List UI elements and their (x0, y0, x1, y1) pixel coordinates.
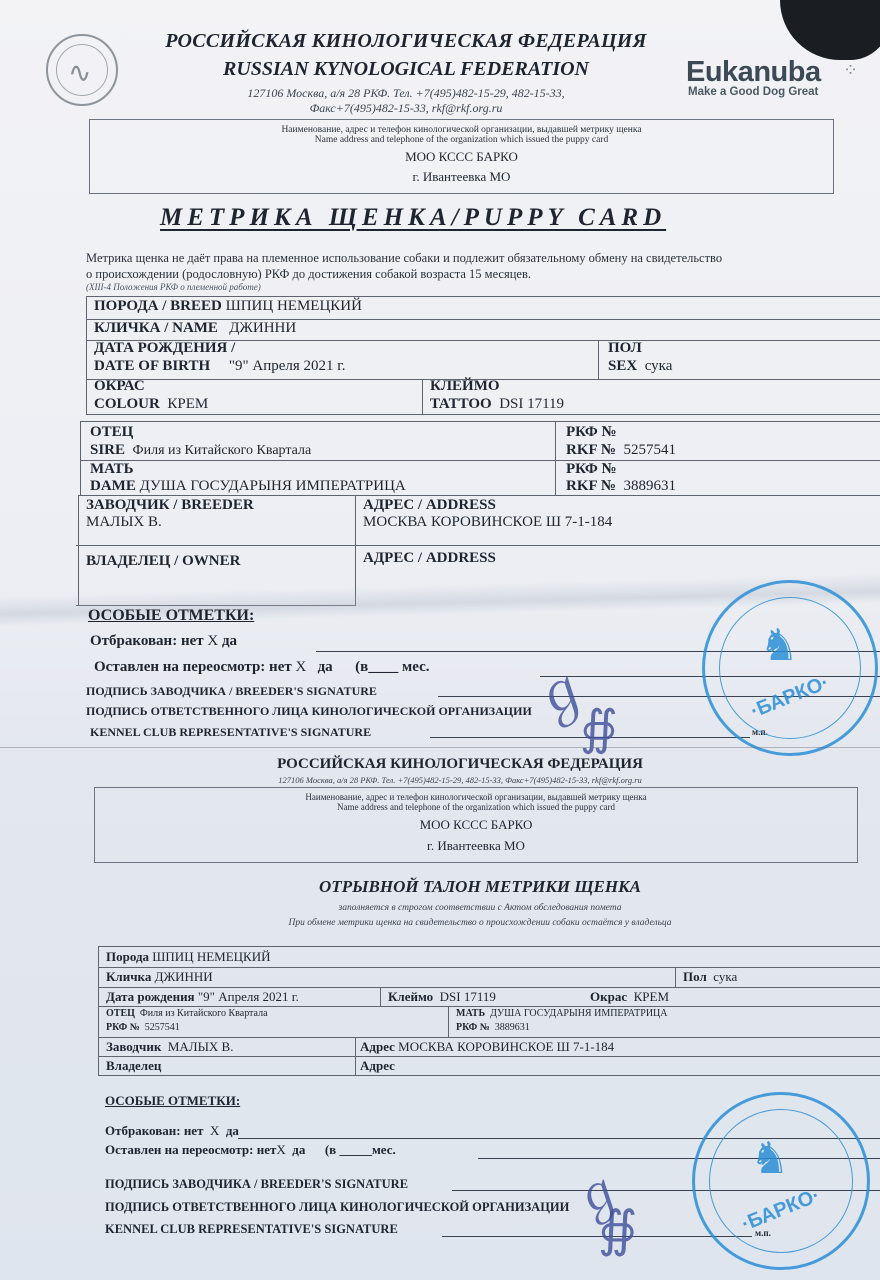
tattoo-label-ru: КЛЕЙМО (430, 378, 500, 395)
stub-breed-value: ШПИЦ НЕМЕЦКИЙ (152, 949, 270, 964)
dam-rkf-label-ru: РКФ № (566, 461, 617, 478)
stub-sex-field: Пол сука (683, 969, 737, 985)
intro-text: Метрика щенка не даёт права на племенное… (86, 250, 880, 282)
stub-club-stamp: ♞ ·БАРКО· (692, 1092, 870, 1270)
sex-field: SEX сука (608, 358, 672, 375)
stub-sire-rkf-field: РКФ № 5257541 (106, 1022, 180, 1033)
stub-breeder-signature-label: ПОДПИСЬ ЗАВОДЧИКА / BREEDER'S SIGNATURE (105, 1177, 408, 1192)
org-name-ru: РОССИЙСКАЯ КИНОЛОГИЧЕСКАЯ ФЕДЕРАЦИЯ (146, 30, 666, 53)
rep-signature-label-en: KENNEL CLUB REPRESENTATIVE'S SIGNATURE (90, 725, 371, 740)
dam-label-ru: МАТЬ (90, 461, 134, 478)
stub-owner-address-label: Адрес (360, 1058, 395, 1074)
stub-dob-value: "9" Апреля 2021 г. (198, 989, 299, 1004)
special-marks-title: ОСОБЫЕ ОТМЕТКИ: (88, 607, 254, 625)
colour-field: COLOUR КРЕМ (94, 396, 208, 413)
stub-issuer-box: Наименование, адрес и телефон кинологиче… (94, 787, 858, 863)
dob-value: "9" Апреля 2021 г. (229, 358, 346, 374)
stub-tattoo-field: Клеймо DSI 17119 (388, 989, 496, 1005)
name-field: КЛИЧКА / NAME ДЖИННИ (94, 320, 296, 337)
sex-value: сука (645, 358, 673, 374)
breed-value: ШПИЦ НЕМЕЦКИЙ (226, 298, 362, 314)
stub-breed-field: Порода ШПИЦ НЕМЕЦКИЙ (106, 949, 271, 965)
dob-field: DATE OF BIRTH "9" Апреля 2021 г. (94, 358, 346, 375)
stub-breeder-address-field: Адрес МОСКВА КОРОВИНСКОЕ Ш 7-1-184 (360, 1039, 614, 1055)
dam-rkf-value: 3889631 (623, 478, 676, 494)
org-address-line2: Факс+7(495)482-15-33, rkf@rkf.org.ru (146, 101, 666, 116)
stub-dob-field: Дата рождения "9" Апреля 2021 г. (106, 989, 299, 1005)
intro-line2: о происхождении (родословную) РКФ до дос… (86, 266, 880, 282)
stub-review-field: Оставлен на переосмотр: нетX да (в _____… (105, 1142, 396, 1158)
issuer-box: Наименование, адрес и телефон кинологиче… (89, 119, 834, 194)
tattoo-value: DSI 17119 (499, 396, 564, 412)
stub-sire-value: Филя из Китайского Квартала (140, 1008, 268, 1019)
stub-issuer-label-ru: Наименование, адрес и телефон кинологиче… (95, 792, 857, 802)
issuer-city: г. Ивантеевка МО (90, 169, 833, 185)
org-name-en: RUSSIAN KYNOLOGICAL FEDERATION (146, 58, 666, 81)
stub-name-value: ДЖИННИ (155, 969, 213, 984)
stub-colour-value: КРЕМ (634, 989, 669, 1004)
stub-tattoo-value: DSI 17119 (440, 989, 496, 1004)
breeder-value: МАЛЫХ В. (86, 514, 162, 531)
paw-icon: ⁘ (843, 60, 858, 81)
name-value: ДЖИННИ (229, 320, 296, 336)
stub-subtitle-1: заполняется в строгом соответствии с Акт… (170, 903, 790, 913)
sponsor-tagline: Make a Good Dog Great (688, 86, 818, 98)
breed-field: ПОРОДА / BREED ШПИЦ НЕМЕЦКИЙ (94, 298, 362, 315)
stub-breeder-value: МАЛЫХ В. (168, 1039, 234, 1054)
rep-signature-label-ru: ПОДПИСЬ ОТВЕТСТВЕННОГО ЛИЦА КИНОЛОГИЧЕСК… (86, 704, 532, 719)
stub-dam-field: МАТЬ ДУША ГОСУДАРЫНЯ ИМПЕРАТРИЦА (456, 1008, 668, 1019)
sire-field: SIRE Филя из Китайского Квартала (90, 442, 311, 459)
stub-sex-value: сука (713, 969, 737, 984)
dam-rkf-field: RKF № 3889631 (566, 478, 676, 495)
stub-subtitle-2: При обмене метрики щенка на свидетельств… (170, 918, 790, 928)
colour-value: КРЕМ (167, 396, 208, 412)
stub-rep-signature-label-ru: ПОДПИСЬ ОТВЕТСТВЕННОГО ЛИЦА КИНОЛОГИЧЕСК… (105, 1200, 569, 1215)
club-stamp: ♞ ·БАРКО· (702, 580, 878, 756)
breeder-label: ЗАВОДЧИК / BREEDER (86, 497, 254, 514)
stub-owner-label: Владелец (106, 1058, 161, 1074)
owner-label: ВЛАДЕЛЕЦ / OWNER (86, 553, 240, 570)
stub-issuer-label-en: Name address and telephone of the organi… (95, 802, 857, 812)
stub-issuer-name: МОО КССС БАРКО (95, 817, 857, 833)
stub-org-name: РОССИЙСКАЯ КИНОЛОГИЧЕСКАЯ ФЕДЕРАЦИЯ (180, 756, 740, 773)
sire-rkf-label-ru: РКФ № (566, 424, 617, 441)
dam-field: DAME ДУША ГОСУДАРЫНЯ ИМПЕРАТРИЦА (90, 478, 406, 495)
dob-label-ru: ДАТА РОЖДЕНИЯ / (94, 340, 235, 357)
stub-sire-rkf-value: 5257541 (145, 1022, 180, 1033)
stub-rep-signature-label-en: KENNEL CLUB REPRESENTATIVE'S SIGNATURE (105, 1222, 398, 1237)
sex-label-ru: ПОЛ (608, 340, 642, 357)
intro-line1: Метрика щенка не даёт права на племенное… (86, 250, 880, 266)
stub-culled-mark: X (210, 1123, 219, 1138)
sire-rkf-field: RKF № 5257541 (566, 442, 676, 459)
org-address-line1: 127106 Москва, а/я 28 РКФ. Тел. +7(495)4… (146, 86, 666, 101)
stub-review-mark: X (276, 1142, 285, 1157)
breeder-address-value: МОСКВА КОРОВИНСКОЕ Ш 7-1-184 (363, 514, 612, 531)
stub-name-field: Кличка ДЖИННИ (106, 969, 213, 985)
sire-value: Филя из Китайского Квартала (133, 443, 312, 458)
stub-culled-field: Отбракован: нет X да (105, 1123, 239, 1139)
dam-value: ДУША ГОСУДАРЫНЯ ИМПЕРАТРИЦА (140, 478, 406, 494)
stub-issuer-city: г. Ивантеевка МО (95, 838, 857, 854)
stub-dam-rkf-value: 3889631 (495, 1022, 530, 1033)
tattoo-field: TATTOO DSI 17119 (430, 396, 564, 413)
sire-rkf-value: 5257541 (623, 442, 676, 458)
stub-dam-rkf-field: РКФ № 3889631 (456, 1022, 530, 1033)
ink-blot (780, 0, 880, 60)
stub-special-marks-title: ОСОБЫЕ ОТМЕТКИ: (105, 1093, 240, 1109)
issuer-label-ru: Наименование, адрес и телефон кинологиче… (90, 125, 833, 135)
stub-title: ОТРЫВНОЙ ТАЛОН МЕТРИКИ ЩЕНКА (170, 877, 790, 897)
stub-representative-signature: ∯ (598, 1200, 637, 1258)
issuer-label-en: Name address and telephone of the organi… (90, 135, 833, 145)
culled-field: Отбракован: нет X да (90, 633, 237, 650)
culled-mark: X (207, 633, 218, 649)
review-field: Оставлен на переосмотр: нет X да (в____ … (94, 659, 430, 676)
review-mark: X (295, 659, 306, 675)
sponsor-logo: Eukanuba (686, 56, 821, 89)
stub-dog-head-icon: ♞ (750, 1133, 789, 1184)
stub-dam-value: ДУША ГОСУДАРЫНЯ ИМПЕРАТРИЦА (490, 1008, 667, 1019)
intro-note: (XIII-4 Положения РКФ о племенной работе… (86, 282, 261, 292)
rkf-emblem-icon: ∿ (46, 34, 118, 106)
issuer-name: МОО КССС БАРКО (90, 149, 833, 165)
stub-org-address: 127106 Москва, а/я 28 РКФ. Тел. +7(495)4… (110, 775, 810, 785)
owner-address-label: АДРЕС / ADDRESS (363, 550, 496, 567)
dog-head-icon: ♞ (759, 620, 798, 671)
stub-sire-field: ОТЕЦ Филя из Китайского Квартала (106, 1008, 268, 1019)
colour-label-ru: ОКРАС (94, 378, 145, 395)
breeder-address-label: АДРЕС / ADDRESS (363, 497, 496, 514)
breeder-signature-label: ПОДПИСЬ ЗАВОДЧИКА / BREEDER'S SIGNATURE (86, 684, 377, 699)
stub-breeder-address-value: МОСКВА КОРОВИНСКОЕ Ш 7-1-184 (398, 1039, 614, 1054)
stub-colour-field: Окрас КРЕМ (590, 989, 669, 1005)
stub-breeder-field: Заводчик МАЛЫХ В. (106, 1039, 233, 1055)
sire-label-ru: ОТЕЦ (90, 424, 133, 441)
page-title: МЕТРИКА ЩЕНКА/PUPPY CARD (160, 204, 780, 232)
